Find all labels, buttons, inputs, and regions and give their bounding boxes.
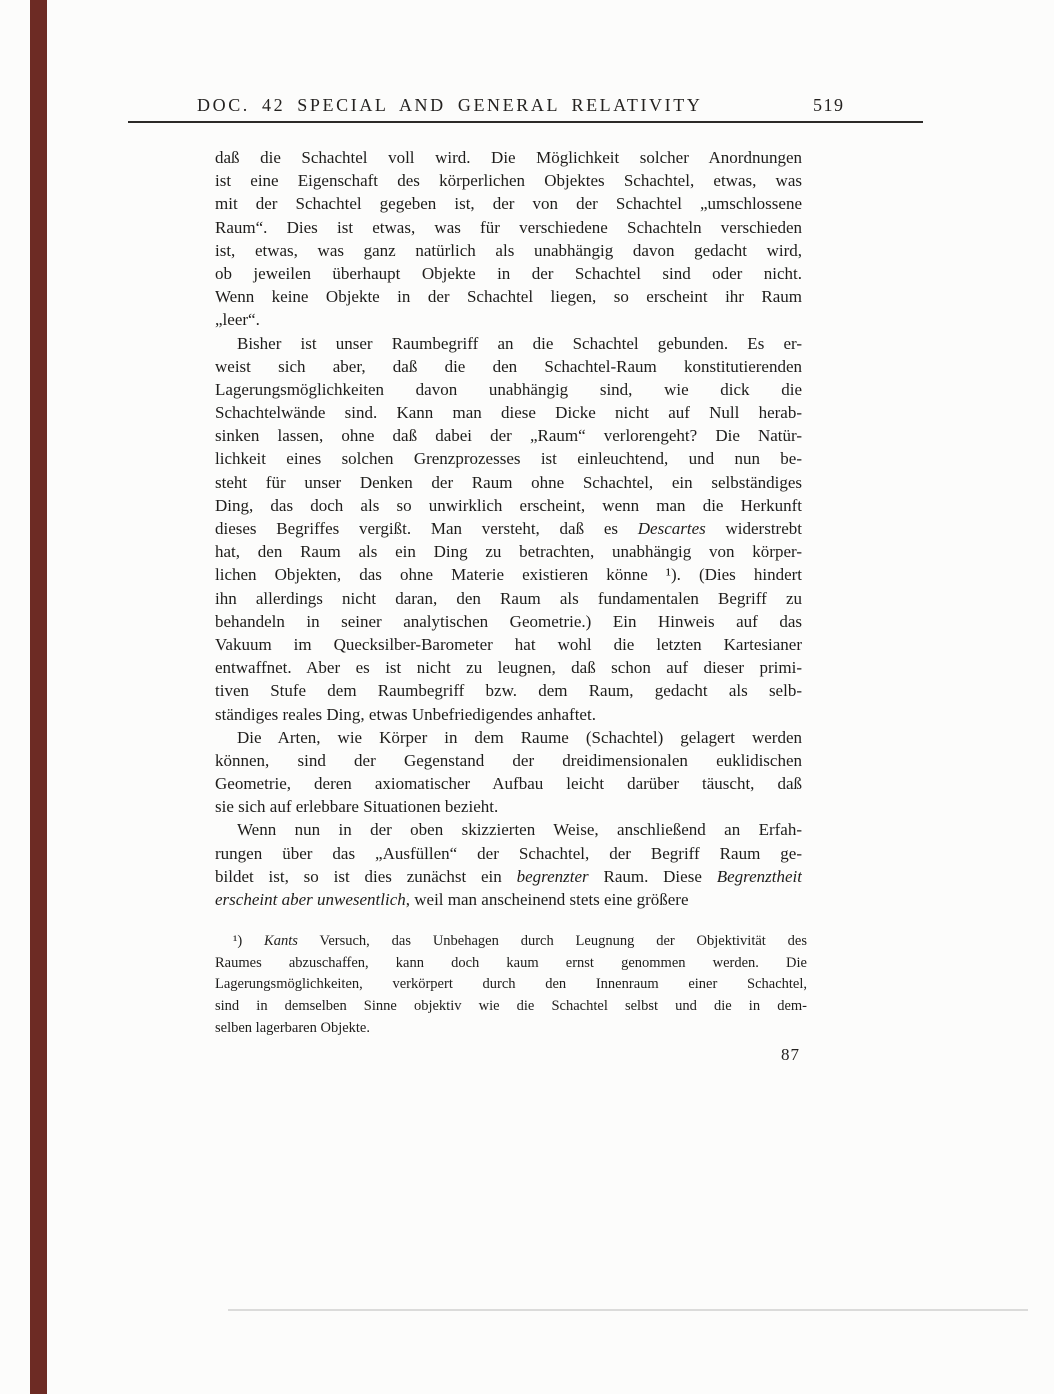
text-segment: steht für unser Denken der Raum ohne Sch…: [215, 473, 802, 492]
text-segment: ist, etwas, was ganz natürlich als unabh…: [215, 241, 802, 260]
text-line: ist eine Eigenschaft des körperlichen Ob…: [215, 169, 802, 192]
text-segment: entwaffnet. Aber es ist nicht zu leugnen…: [215, 658, 802, 677]
text-line: mit der Schachtel gegeben ist, der von d…: [215, 192, 802, 215]
text-line: tiven Stufe dem Raumbegriff bzw. dem Rau…: [215, 679, 802, 702]
text-segment: Bisher ist unser Raumbegriff an die Scha…: [237, 334, 802, 353]
text-line: daß die Schachtel voll wird. Die Möglich…: [215, 146, 802, 169]
text-line: Lagerungsmöglichkeiten, verkörpert durch…: [215, 974, 807, 996]
text-segment: Ding, das doch als so unwirklich erschei…: [215, 496, 802, 515]
text-segment: Raum. Diese: [589, 867, 717, 886]
text-segment: dieses Begriffes vergißt. Man versteht, …: [215, 519, 638, 538]
text-line: ihn allerdings nicht daran, den Raum als…: [215, 587, 802, 610]
text-line: Vakuum im Quecksilber-Barometer hat wohl…: [215, 633, 802, 656]
text-line: Raum“. Dies ist etwas, was für verschied…: [215, 216, 802, 239]
text-segment: hat, den Raum als ein Ding zu betrachten…: [215, 542, 802, 561]
text-line: Wenn nun in der oben skizzierten Weise, …: [215, 818, 802, 841]
text-line: Bisher ist unser Raumbegriff an die Scha…: [215, 332, 802, 355]
text-segment: lichkeit eines solchen Grenzprozesses is…: [215, 449, 802, 468]
footnote: ¹) Kants Versuch, das Unbehagen durch Le…: [215, 931, 807, 1039]
paragraph: Wenn nun in der oben skizzierten Weise, …: [215, 818, 802, 911]
text-segment: ob jeweilen überhaupt Objekte in der Sch…: [215, 264, 802, 283]
scan-shadow-line: [228, 1309, 1028, 1311]
text-line: ¹) Kants Versuch, das Unbehagen durch Le…: [215, 931, 807, 953]
text-segment: Lagerungsmöglichkeiten, verkörpert durch…: [215, 976, 807, 992]
text-segment: weist sich aber, daß die den Schachtel-R…: [215, 357, 802, 376]
text-line: hat, den Raum als ein Ding zu betrachten…: [215, 540, 802, 563]
text-line: Geometrie, deren axiomatischer Aufbau le…: [215, 772, 802, 795]
text-segment: Raumes abzuschaffen, kann doch kaum erns…: [215, 955, 807, 971]
text-segment: Schachtelwände sind. Kann man diese Dick…: [215, 403, 802, 422]
text-line: können, sind der Gegenstand der dreidime…: [215, 749, 802, 772]
text-line: Raumes abzuschaffen, kann doch kaum erns…: [215, 953, 807, 975]
text-segment: Geometrie, deren axiomatischer Aufbau le…: [215, 774, 802, 793]
scanned-book-page: DOC. 42 SPECIAL AND GENERAL RELATIVITY 5…: [0, 0, 1054, 1394]
text-segment: Wenn nun in der oben skizzierten Weise, …: [237, 820, 802, 839]
text-segment: Lagerungsmöglichkeiten davon unabhängig …: [215, 380, 802, 399]
italic-text: Kants: [264, 933, 298, 949]
text-segment: Wenn keine Objekte in der Schachtel lieg…: [215, 287, 802, 306]
text-segment: rungen über das „Ausfüllen“ der Schachte…: [215, 844, 802, 863]
text-segment: „leer“.: [215, 310, 260, 329]
text-segment: sind in demselben Sinne objektiv wie die…: [215, 998, 807, 1014]
paragraph: daß die Schachtel voll wird. Die Möglich…: [215, 146, 802, 332]
italic-text: Descartes: [638, 519, 706, 538]
text-line: bildet ist, so ist dies zunächst ein beg…: [215, 865, 802, 888]
text-line: entwaffnet. Aber es ist nicht zu leugnen…: [215, 656, 802, 679]
text-segment: sie sich auf erlebbare Situationen bezie…: [215, 797, 498, 816]
text-line: selben lagerbaren Objekte.: [215, 1018, 807, 1040]
text-line: erscheint aber unwesentlich, weil man an…: [215, 888, 802, 911]
binding-edge-strip: [30, 0, 47, 1394]
text-segment: Versuch, das Unbehagen durch Leugnung de…: [298, 933, 807, 949]
header-page-number: 519: [813, 95, 845, 116]
text-segment: mit der Schachtel gegeben ist, der von d…: [215, 194, 802, 213]
text-line: sind in demselben Sinne objektiv wie die…: [215, 996, 807, 1018]
paragraph: Die Arten, wie Körper in dem Raume (Scha…: [215, 726, 802, 819]
text-segment: können, sind der Gegenstand der dreidime…: [215, 751, 802, 770]
text-segment: ¹): [233, 933, 264, 949]
text-line: „leer“.: [215, 308, 802, 331]
text-segment: ständiges reales Ding, etwas Unbefriedig…: [215, 705, 596, 724]
text-segment: Die Arten, wie Körper in dem Raume (Scha…: [237, 728, 802, 747]
text-line: rungen über das „Ausfüllen“ der Schachte…: [215, 842, 802, 865]
text-segment: tiven Stufe dem Raumbegriff bzw. dem Rau…: [215, 681, 802, 700]
italic-text: erscheint aber unwesentlich: [215, 890, 406, 909]
text-segment: Vakuum im Quecksilber-Barometer hat wohl…: [215, 635, 802, 654]
text-line: Wenn keine Objekte in der Schachtel lieg…: [215, 285, 802, 308]
text-segment: Raum“. Dies ist etwas, was für verschied…: [215, 218, 802, 237]
text-line: weist sich aber, daß die den Schachtel-R…: [215, 355, 802, 378]
sheet-number: 87: [781, 1045, 800, 1065]
text-segment: selben lagerbaren Objekte.: [215, 1020, 370, 1036]
text-segment: behandeln in seiner analytischen Geometr…: [215, 612, 802, 631]
text-line: Die Arten, wie Körper in dem Raume (Scha…: [215, 726, 802, 749]
paragraph: Bisher ist unser Raumbegriff an die Scha…: [215, 332, 802, 726]
text-segment: lichen Objekten, das ohne Materie existi…: [215, 565, 802, 584]
text-line: sinken lassen, ohne daß dabei der „Raum“…: [215, 424, 802, 447]
header-rule: [128, 121, 923, 123]
text-line: ob jeweilen überhaupt Objekte in der Sch…: [215, 262, 802, 285]
text-segment: bildet ist, so ist dies zunächst ein: [215, 867, 517, 886]
text-line: sie sich auf erlebbare Situationen bezie…: [215, 795, 802, 818]
text-segment: , weil man anscheinend stets eine größer…: [406, 890, 689, 909]
text-line: ist, etwas, was ganz natürlich als unabh…: [215, 239, 802, 262]
text-line: ständiges reales Ding, etwas Unbefriedig…: [215, 703, 802, 726]
text-segment: ist eine Eigenschaft des körperlichen Ob…: [215, 171, 802, 190]
text-line: dieses Begriffes vergißt. Man versteht, …: [215, 517, 802, 540]
italic-text: begrenzter: [517, 867, 589, 886]
text-line: Ding, das doch als so unwirklich erschei…: [215, 494, 802, 517]
text-segment: daß die Schachtel voll wird. Die Möglich…: [215, 148, 802, 167]
italic-text: Begrenztheit: [717, 867, 802, 886]
text-line: behandeln in seiner analytischen Geometr…: [215, 610, 802, 633]
text-segment: ihn allerdings nicht daran, den Raum als…: [215, 589, 802, 608]
running-head: DOC. 42 SPECIAL AND GENERAL RELATIVITY: [197, 95, 702, 116]
text-line: Schachtelwände sind. Kann man diese Dick…: [215, 401, 802, 424]
text-line: lichkeit eines solchen Grenzprozesses is…: [215, 447, 802, 470]
text-line: Lagerungsmöglichkeiten davon unabhängig …: [215, 378, 802, 401]
text-segment: sinken lassen, ohne daß dabei der „Raum“…: [215, 426, 802, 445]
text-line: lichen Objekten, das ohne Materie existi…: [215, 563, 802, 586]
text-segment: widerstrebt: [706, 519, 802, 538]
body-text: daß die Schachtel voll wird. Die Möglich…: [215, 146, 802, 911]
text-line: steht für unser Denken der Raum ohne Sch…: [215, 471, 802, 494]
